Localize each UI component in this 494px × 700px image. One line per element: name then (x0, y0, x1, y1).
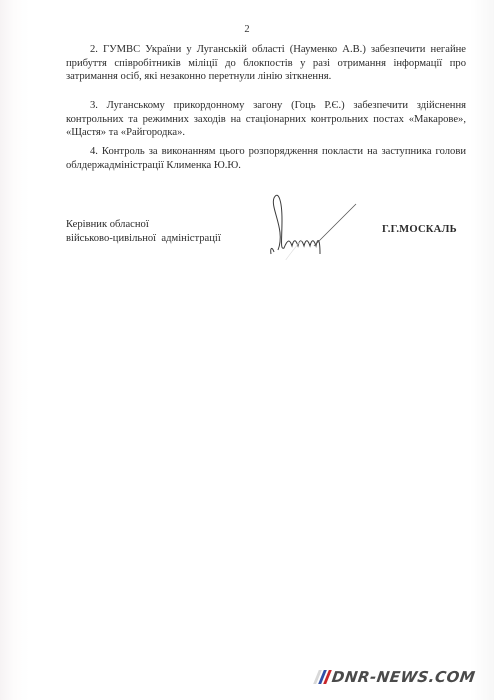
paragraph-text: 3. Луганському прикордонному загону (Гоц… (66, 100, 466, 138)
paragraph-item-4: 4. Контроль за виконанням цього розпоряд… (66, 145, 466, 172)
signatory-name: Г.Г.МОСКАЛЬ (382, 224, 457, 235)
scanned-document-page: 2 2. ГУМВС України у Луганській області … (0, 0, 494, 700)
handwritten-signature-icon (252, 190, 362, 260)
paragraph-text: 2. ГУМВС України у Луганській області (Н… (66, 44, 466, 82)
watermark: DNR-NEWS.COM (316, 666, 475, 688)
signatory-title: Керівник обласної військово-цивільної ад… (66, 218, 221, 245)
signatory-title-line1: Керівник обласної (66, 218, 221, 232)
signatory-title-line2: військово-цивільної адміністрації (66, 232, 221, 246)
paragraph-item-3: 3. Луганському прикордонному загону (Гоц… (66, 99, 466, 140)
watermark-logo-icon (316, 670, 331, 684)
page-number: 2 (0, 24, 494, 35)
watermark-text: DNR-NEWS.COM (331, 668, 477, 686)
paragraph-item-2: 2. ГУМВС України у Луганській області (Н… (66, 43, 466, 84)
paragraph-text: 4. Контроль за виконанням цього розпоряд… (66, 146, 466, 171)
